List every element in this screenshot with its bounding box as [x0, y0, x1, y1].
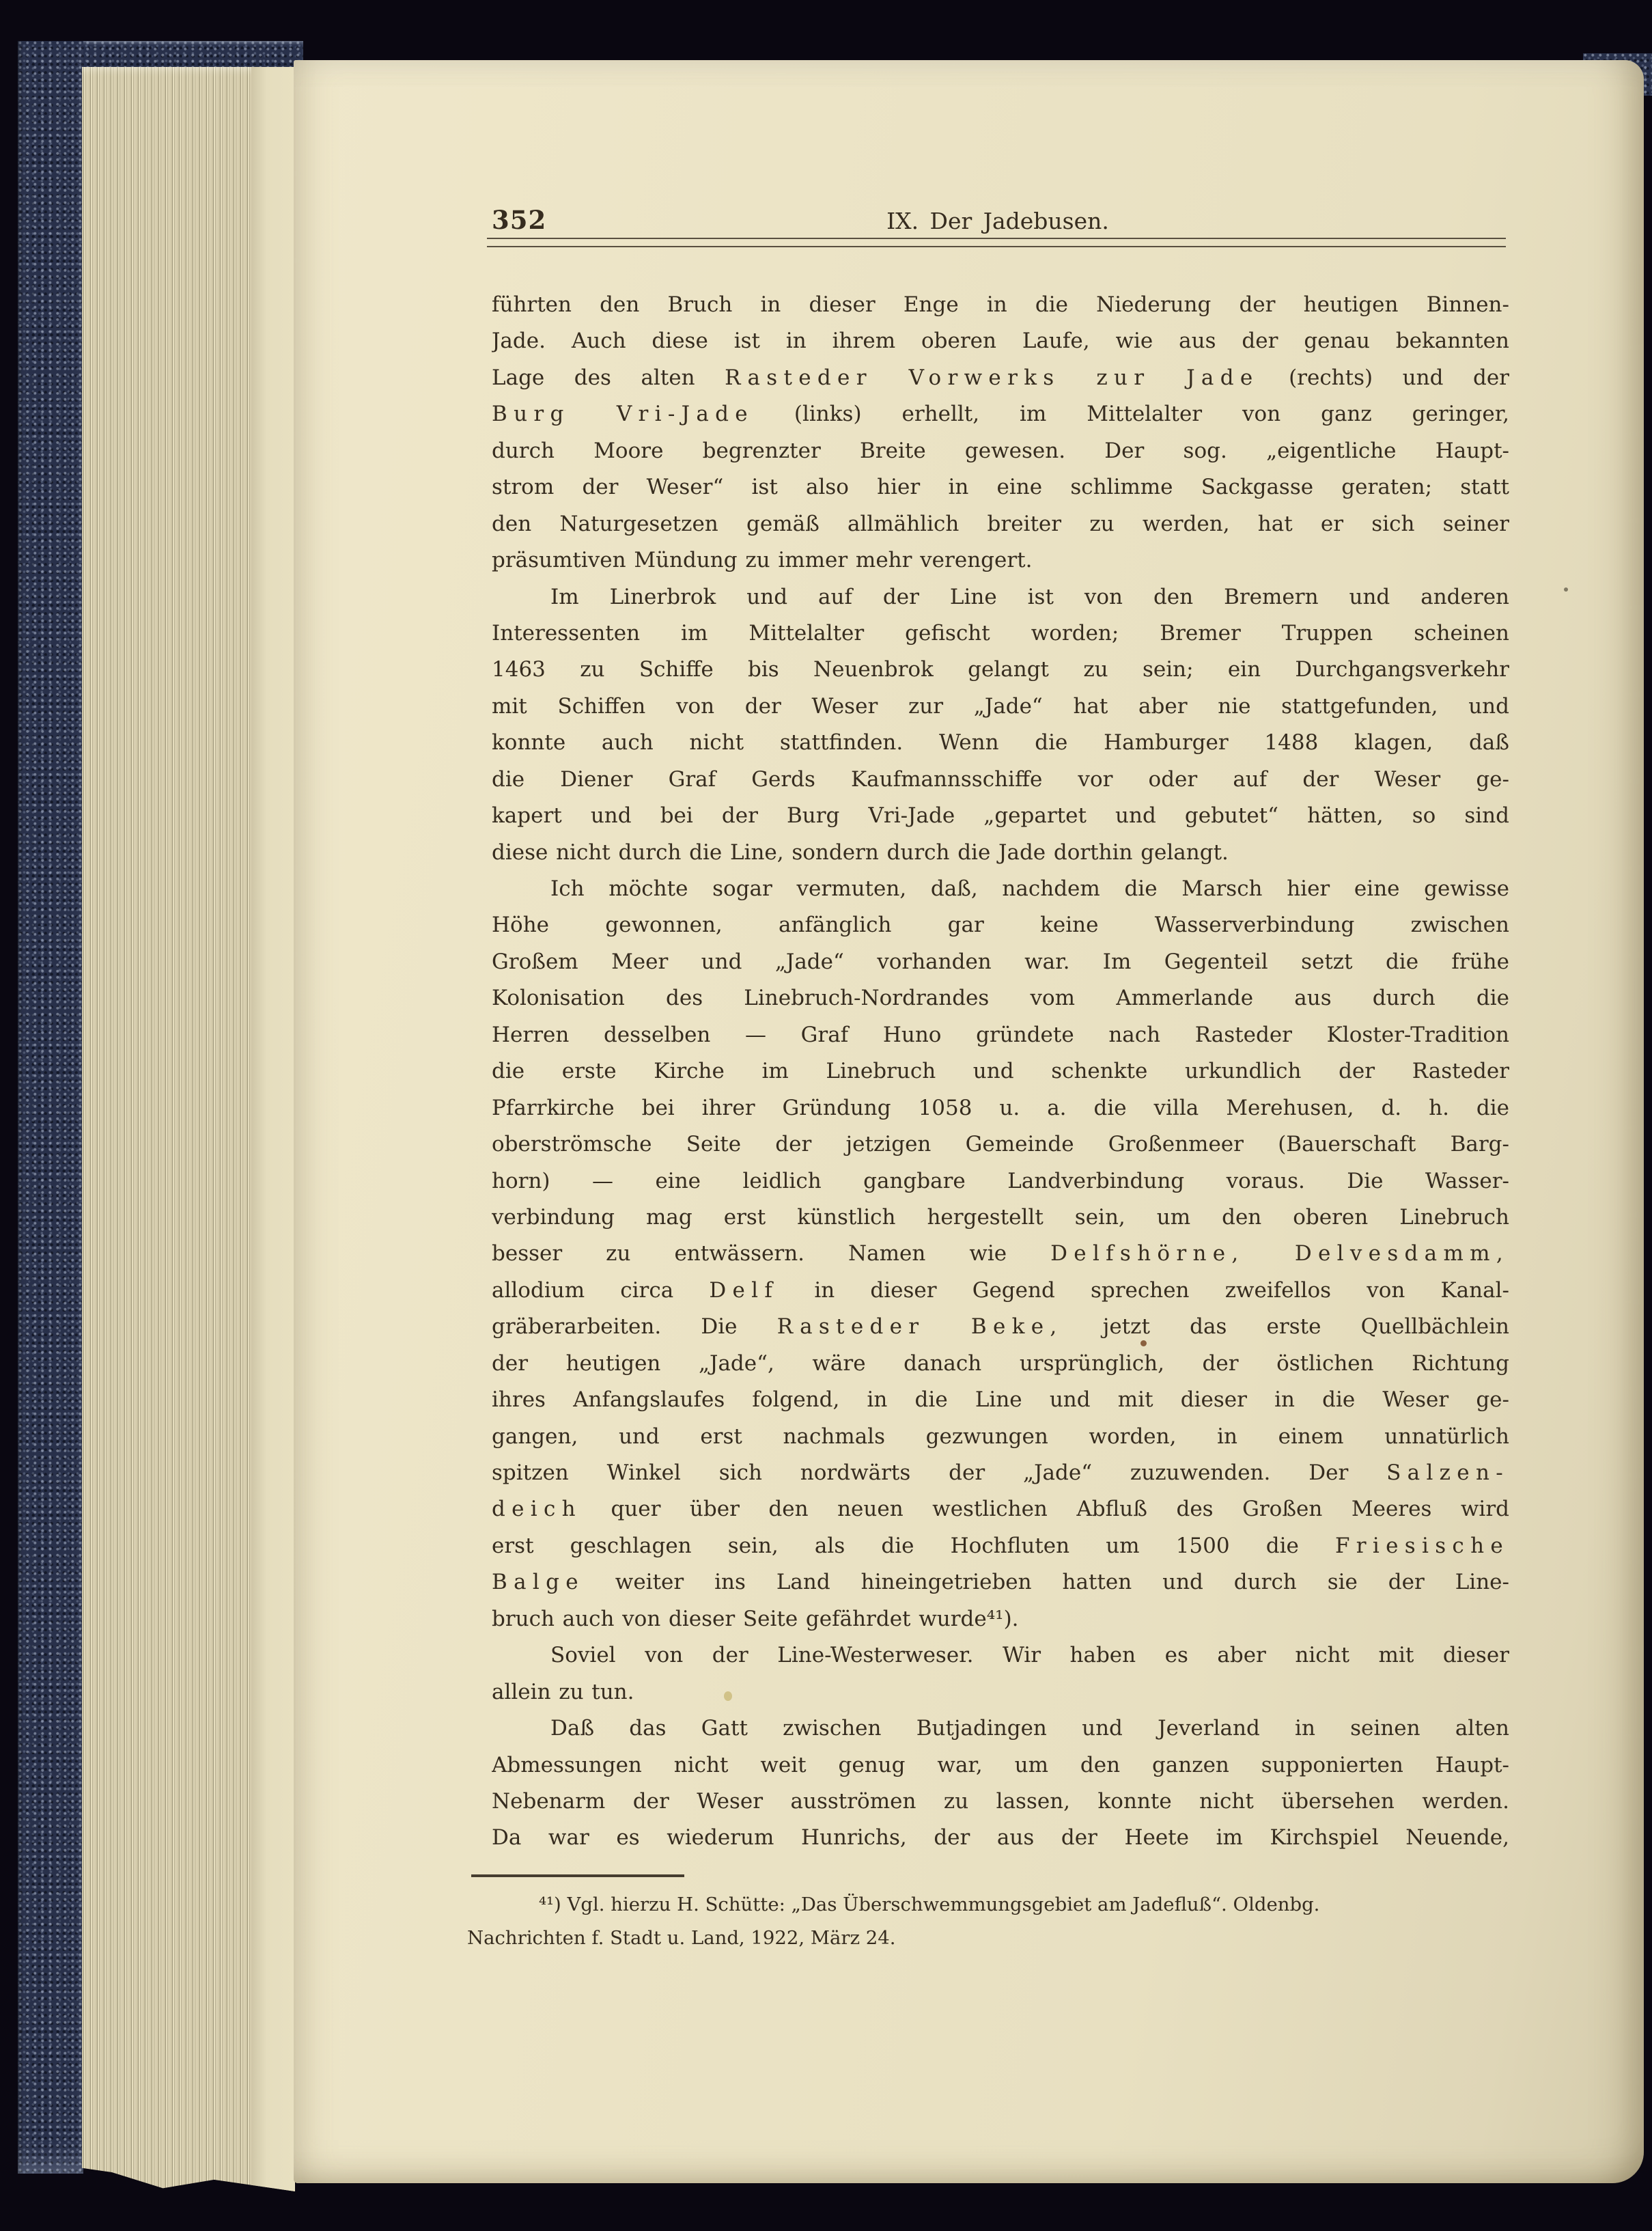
text-line: Interessenten im Mittelalter gefischt wo…: [492, 615, 1509, 652]
paper-speck: [1140, 1340, 1147, 1346]
text-line: Balge weiter ins Land hineingetrieben ha…: [492, 1564, 1509, 1600]
text-line: Jade. Auch diese ist in ihrem oberen Lau…: [492, 323, 1509, 359]
text-line: Pfarrkirche bei ihrer Gründung 1058 u. a…: [492, 1090, 1509, 1126]
text-line: Im Linerbrok und auf der Line ist von de…: [492, 579, 1509, 615]
book-page: 352 IX. Der Jadebusen. führten den Bruch…: [294, 60, 1644, 2183]
text-line: verbindung mag erst künstlich hergestell…: [492, 1200, 1509, 1236]
text-line: durch Moore begrenzter Breite gewesen. D…: [492, 433, 1509, 469]
text-line: erst geschlagen sein, als die Hochfluten…: [492, 1528, 1509, 1564]
book-cover-cloth: [18, 41, 83, 2174]
text-line: allein zu tun.: [492, 1674, 1509, 1710]
text-line: Kolonisation des Linebruch-Nordrandes vo…: [492, 980, 1509, 1016]
text-line: führten den Bruch in dieser Enge in die …: [492, 287, 1509, 323]
text-line: den Naturgesetzen gemäß allmählich breit…: [492, 506, 1509, 542]
page-edges-flat-strip: [251, 67, 295, 2191]
text-line: der heutigen „Jade“, wäre danach ursprün…: [492, 1346, 1509, 1382]
text-line: Abmessungen nicht weit genug war, um den…: [492, 1747, 1509, 1784]
text-line: Ich möchte sogar vermuten, daß, nachdem …: [492, 871, 1509, 907]
footnote: ⁴¹) Vgl. hierzu H. Schütte: „Das Übersch…: [467, 1888, 1495, 1955]
paper-speck: [1564, 587, 1568, 592]
text-line: Soviel von der Line-Westerweser. Wir hab…: [492, 1637, 1509, 1674]
body-text: führten den Bruch in dieser Enge in die …: [492, 287, 1509, 1857]
text-line: Großem Meer und „Jade“ vorhanden war. Im…: [492, 944, 1509, 980]
text-line: Da war es wiederum Hunrichs, der aus der…: [492, 1820, 1509, 1856]
text-line: die Diener Graf Gerds Kaufmannsschiffe v…: [492, 762, 1509, 798]
text-line: spitzen Winkel sich nordwärts der „Jade“…: [492, 1455, 1509, 1491]
text-line: mit Schiffen von der Weser zur „Jade“ ha…: [492, 689, 1509, 725]
text-line: gangen, und erst nachmals gezwungen word…: [492, 1419, 1509, 1455]
text-line: diese nicht durch die Line, sondern durc…: [492, 835, 1509, 871]
text-line: gräberarbeiten. Die Rasteder Beke, jetzt…: [492, 1309, 1509, 1345]
text-line: Burg Vri-Jade (links) erhellt, im Mittel…: [492, 396, 1509, 432]
text-line: konnte auch nicht stattfinden. Wenn die …: [492, 725, 1509, 761]
footnote-rule: [471, 1874, 684, 1877]
running-header: IX. Der Jadebusen.: [488, 208, 1507, 234]
text-line: Daß das Gatt zwischen Butjadingen und Je…: [492, 1710, 1509, 1747]
text-line: ihres Anfangslaufes folgend, in die Line…: [492, 1382, 1509, 1418]
text-line: Lage des alten Rasteder Vorwerks zur Jad…: [492, 360, 1509, 396]
text-line: bruch auch von dieser Seite gefährdet wu…: [492, 1601, 1509, 1637]
header-double-rule: [487, 238, 1506, 247]
footnote-line: ⁴¹) Vgl. hierzu H. Schütte: „Das Übersch…: [467, 1888, 1495, 1922]
text-line: allodium circa Delf in dieser Gegend spr…: [492, 1273, 1509, 1309]
text-line: Höhe gewonnen, anfänglich gar keine Wass…: [492, 907, 1509, 943]
text-line: präsumtiven Mündung zu immer mehr vereng…: [492, 542, 1509, 579]
text-line: strom der Weser“ ist also hier in eine s…: [492, 469, 1509, 505]
text-line: die erste Kirche im Linebruch und schenk…: [492, 1053, 1509, 1090]
text-line: oberströmsche Seite der jetzigen Gemeind…: [492, 1126, 1509, 1163]
footnote-line: Nachrichten f. Stadt u. Land, 1922, März…: [467, 1922, 1495, 1955]
book-photo: 352 IX. Der Jadebusen. führten den Bruch…: [0, 0, 1652, 2231]
text-line: deich quer über den neuen westlichen Abf…: [492, 1491, 1509, 1527]
text-line: Nebenarm der Weser ausströmen zu lassen,…: [492, 1784, 1509, 1820]
page-edges-stack: [82, 67, 295, 2191]
text-line: Herren desselben — Graf Huno gründete na…: [492, 1017, 1509, 1053]
text-line: kapert und bei der Burg Vri-Jade „gepart…: [492, 798, 1509, 834]
text-line: besser zu entwässern. Namen wie Delfshör…: [492, 1236, 1509, 1272]
text-line: horn) — eine leidlich gangbare Landverbi…: [492, 1163, 1509, 1200]
paper-speck: [724, 1691, 732, 1701]
text-line: 1463 zu Schiffe bis Neuenbrok gelangt zu…: [492, 652, 1509, 688]
